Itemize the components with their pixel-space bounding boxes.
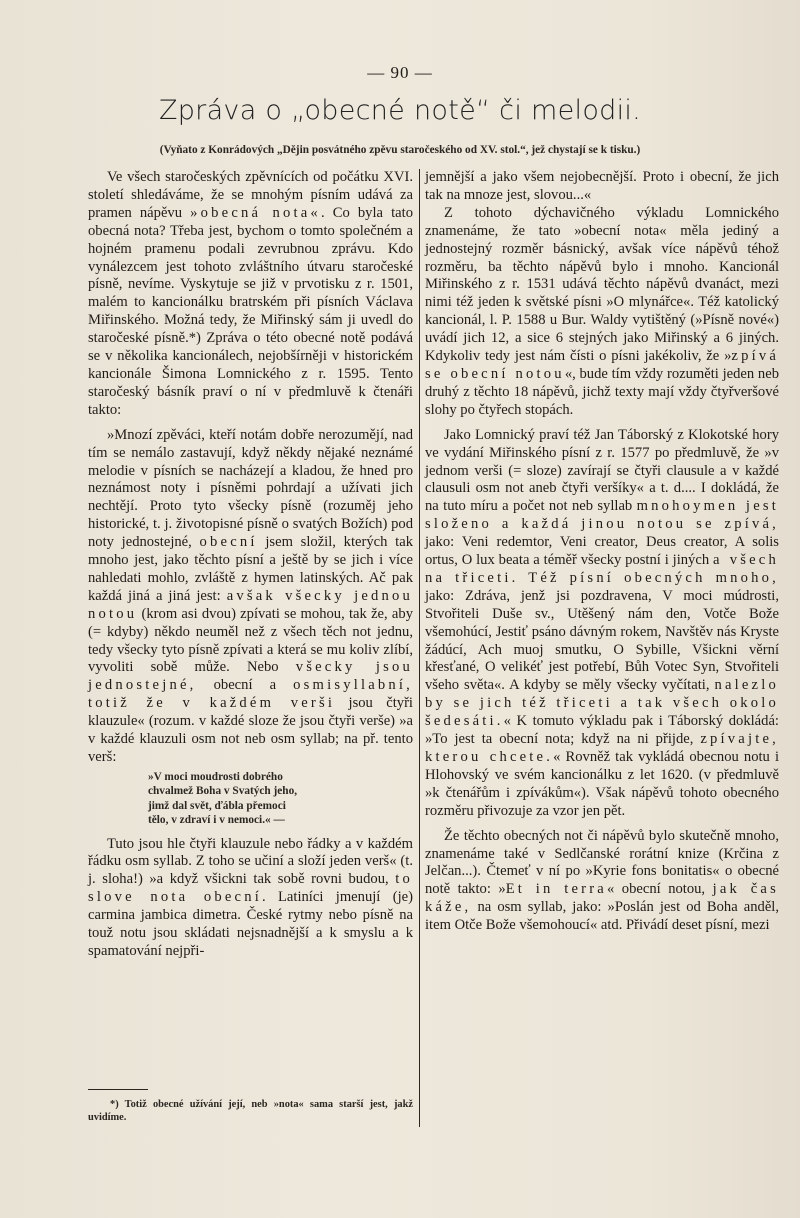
- footnote-rule: [88, 1089, 148, 1090]
- text-run: Z tohoto dýchavičného výkladu Lomnického…: [425, 205, 779, 364]
- text-run: »Mnozí zpěváci, kteří notám dobře nerozu…: [88, 427, 413, 550]
- footnote-text: *) Totiž obecné užívání její, neb »nota«…: [88, 1098, 413, 1124]
- footnote: *) Totiž obecné užívání její, neb »nota«…: [88, 1098, 413, 1124]
- paragraph: Že těchto obecných not či nápěvů bylo sk…: [425, 828, 779, 935]
- verse-line: chvalmež Boha v Svatých jeho,: [148, 784, 413, 798]
- verse-block: »V moci moudrosti dobrého chvalmež Boha …: [148, 770, 413, 828]
- spaced-emphasis: Et in terra: [506, 881, 607, 897]
- scanned-page: — 90 — Zpráva o „obecné notě“ či melodii…: [0, 0, 800, 1218]
- verse-line: tělo, v zdraví i v nemoci.« —: [148, 813, 413, 827]
- verse-line: »V moci moudrosti dobrého: [148, 770, 413, 784]
- left-column: Ve všech staročeských zpěvnících od počá…: [88, 169, 413, 961]
- right-column: jemnější a jako všem nejobecnější. Proto…: [425, 169, 779, 935]
- verse-line: jimž dal svět, ďábla přemoci: [148, 799, 413, 813]
- text-run: na osm syllab, jako: »Poslán jest od Boh…: [425, 899, 779, 933]
- paragraph: Z tohoto dýchavičného výkladu Lomnického…: [425, 205, 779, 420]
- paragraph-continuation: jemnější a jako všem nejobecnější. Proto…: [425, 169, 779, 205]
- paragraph: Tuto jsou hle čtyři klauzule nebo řádky …: [88, 836, 413, 961]
- paragraph: Jako Lomnický praví též Jan Táborský z K…: [425, 427, 779, 821]
- page-subtitle: (Vyňato z Konrádových „Dějin posvátného …: [0, 144, 800, 156]
- text-run: obecní a: [197, 677, 294, 693]
- text-run: « obecní notou,: [607, 881, 713, 897]
- column-divider: [419, 169, 420, 1127]
- page-number: — 90 —: [0, 63, 800, 83]
- paragraph: Ve všech staročeských zpěvnících od počá…: [88, 169, 413, 420]
- text-run: Tuto jsou hle čtyři klauzule nebo řádky …: [88, 836, 413, 888]
- text-run: . Co byla tato obecná nota? Třeba jest, …: [88, 205, 413, 418]
- quote-paragraph: »Mnozí zpěváci, kteří notám dobře nerozu…: [88, 427, 413, 767]
- spaced-emphasis: obecní: [200, 534, 258, 550]
- page-title: Zpráva o „obecné notě“ či melodii.: [0, 95, 800, 126]
- spaced-emphasis: »obecná nota«: [190, 205, 321, 221]
